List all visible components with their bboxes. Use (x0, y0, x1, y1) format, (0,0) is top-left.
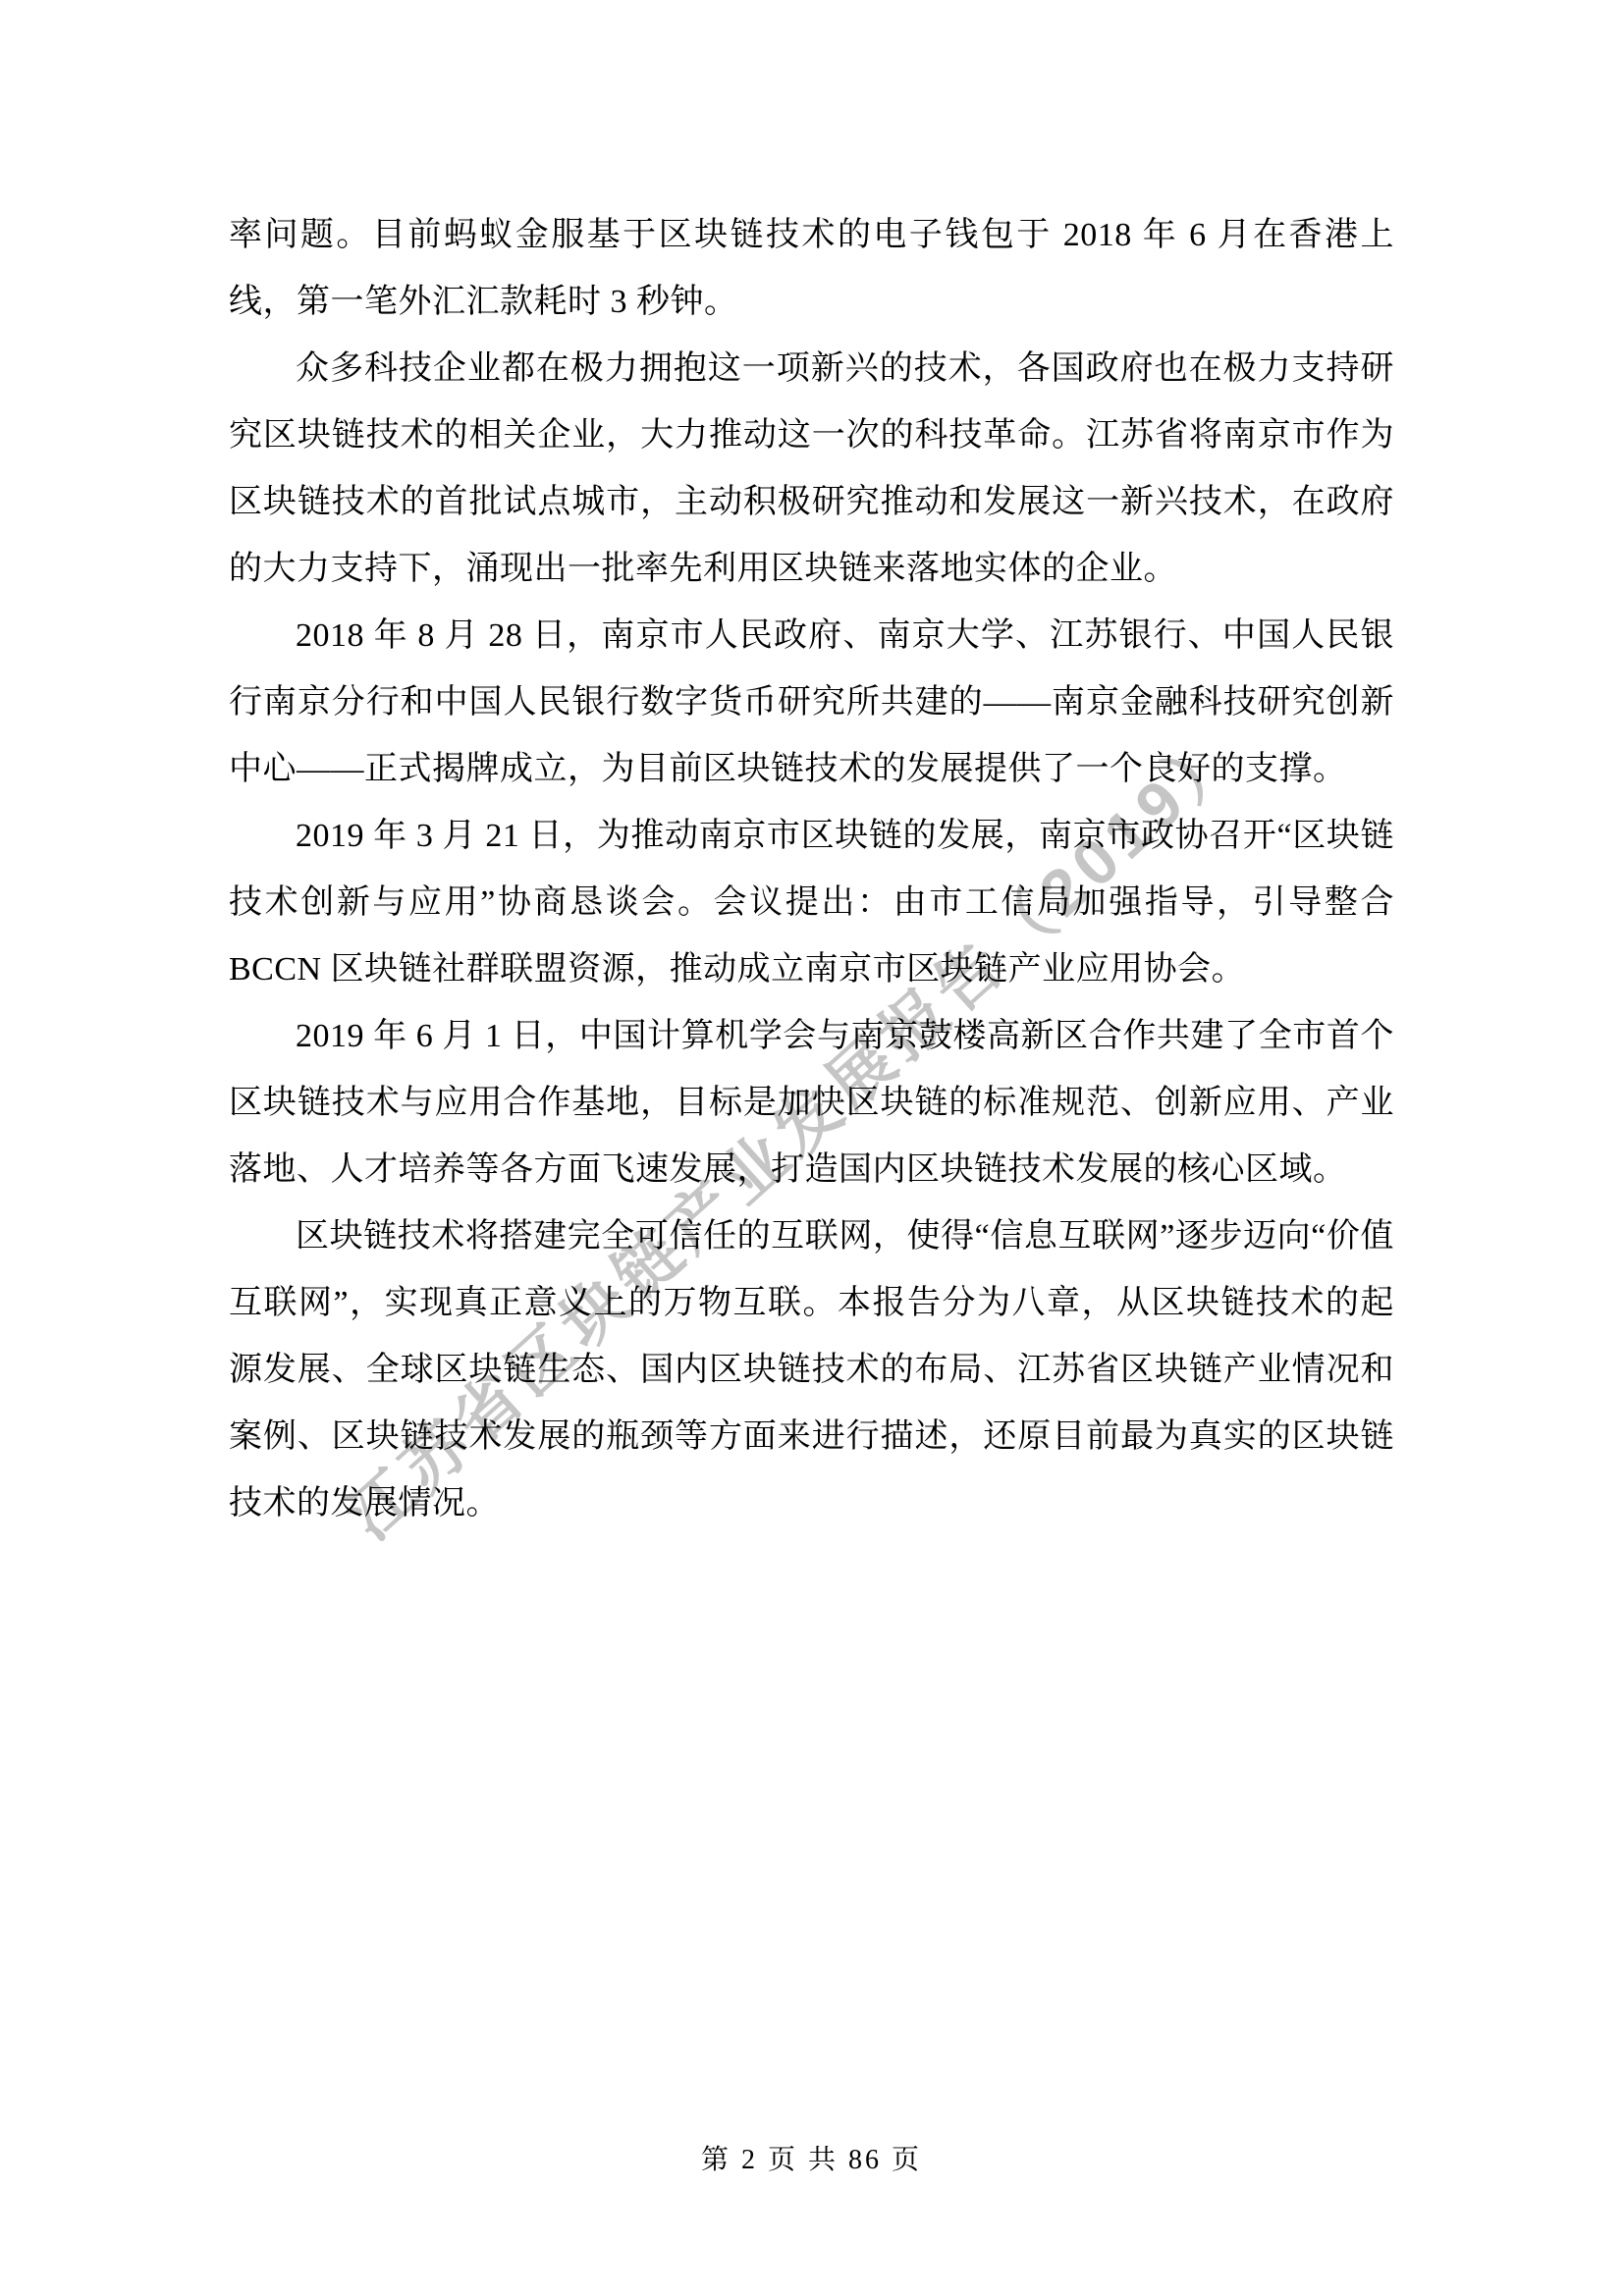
paragraph: 众多科技企业都在极力拥抱这一项新兴的技术，各国政府也在极力支持研究区块链技术的相… (229, 336, 1394, 603)
paragraph: 2018 年 8 月 28 日，南京市人民政府、南京大学、江苏银行、中国人民银行… (229, 603, 1394, 803)
paragraph: 区块链技术将搭建完全可信任的互联网，使得“信息互联网”逐步迈向“价值互联网”，实… (229, 1203, 1394, 1537)
paragraph: 2019 年 6 月 1 日，中国计算机学会与南京鼓楼高新区合作共建了全市首个区… (229, 1003, 1394, 1203)
document-page: 江苏省区块链产业发展报告（2019） 率问题。目前蚂蚁金服基于区块链技术的电子钱… (0, 0, 1624, 2296)
paragraph-continuation: 率问题。目前蚂蚁金服基于区块链技术的电子钱包于 2018 年 6 月在香港上线，… (229, 202, 1394, 336)
page-footer: 第 2 页 共 86 页 (229, 2138, 1394, 2177)
page-body: 率问题。目前蚂蚁金服基于区块链技术的电子钱包于 2018 年 6 月在香港上线，… (229, 202, 1394, 1537)
page-number-label: 第 2 页 共 86 页 (701, 2145, 922, 2175)
paragraph: 2019 年 3 月 21 日，为推动南京市区块链的发展，南京市政协召开“区块链… (229, 803, 1394, 1003)
